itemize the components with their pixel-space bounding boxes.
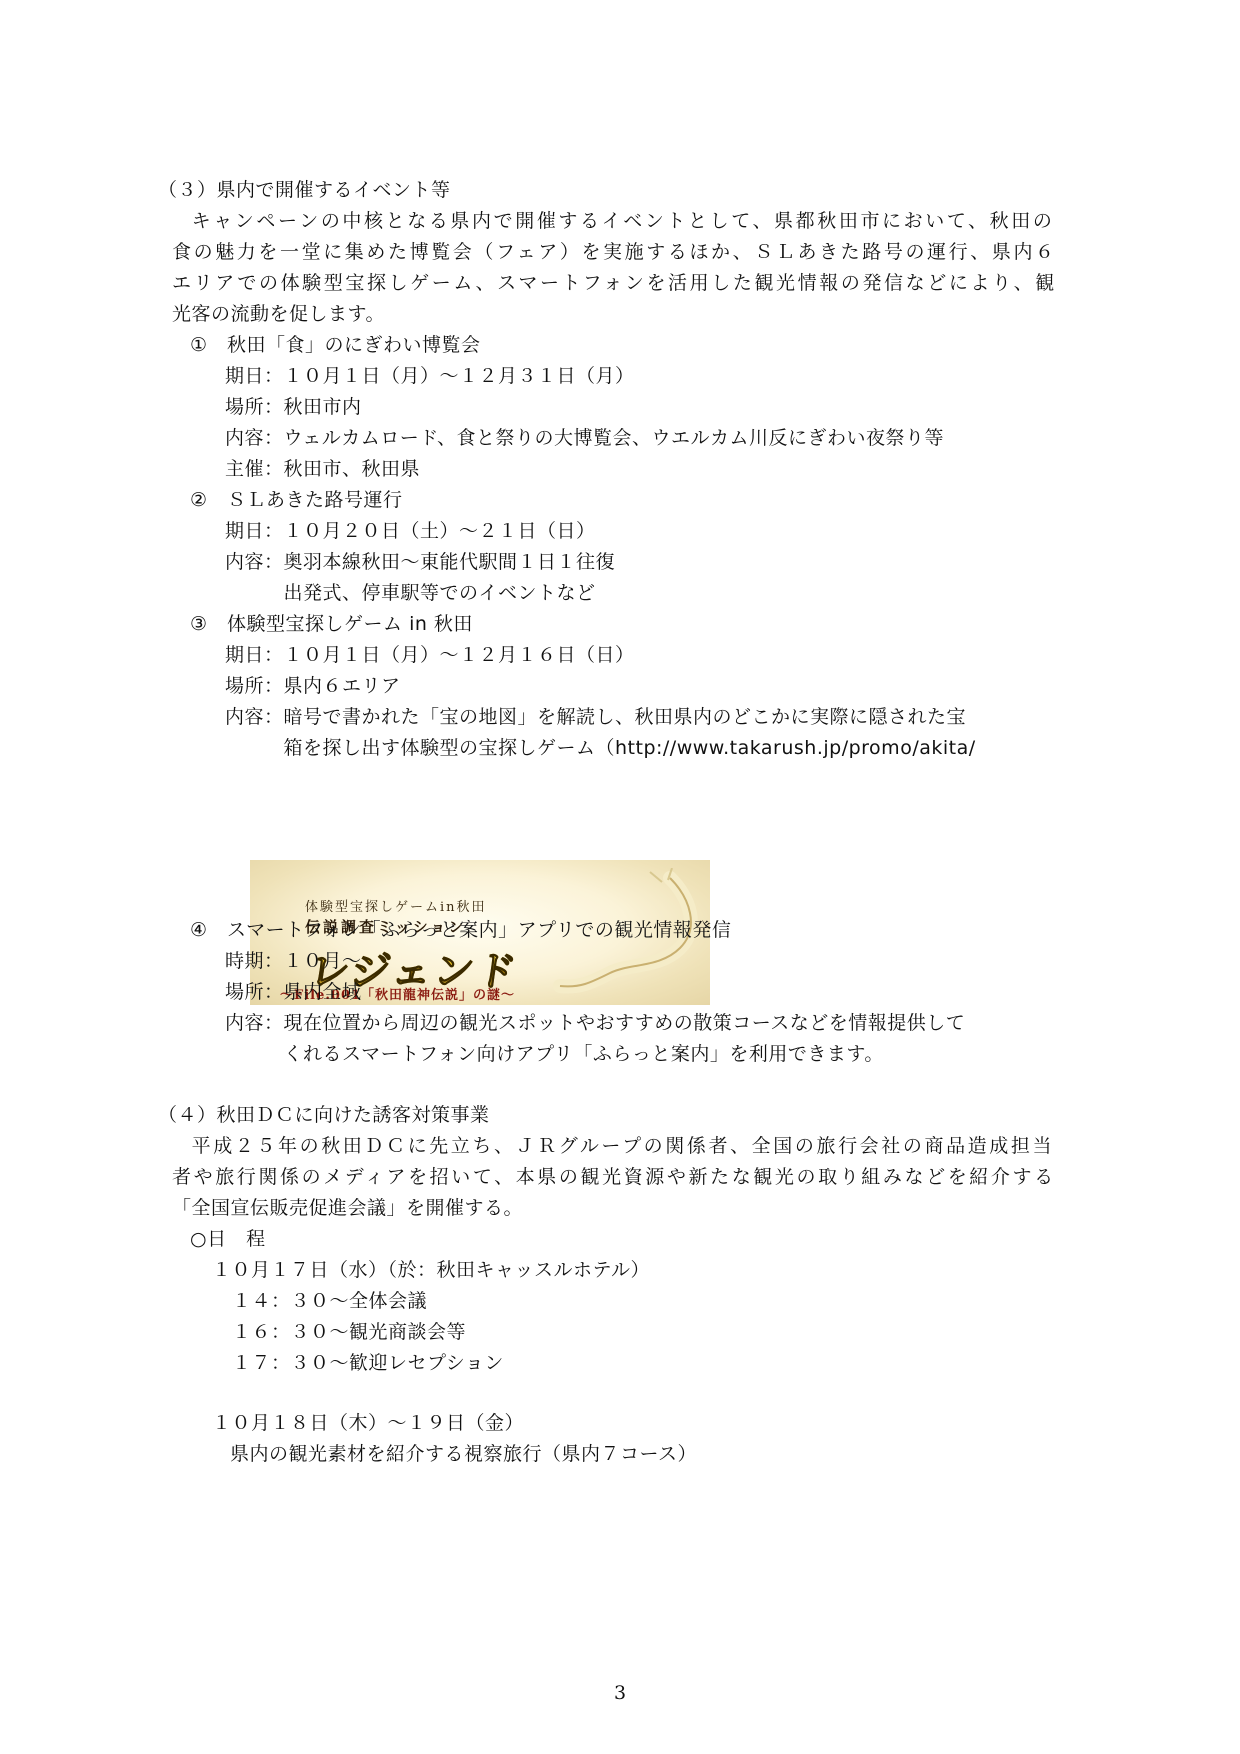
section-4-intro-line: 「全国宣伝販売促進会議」を開催する。 (172, 1195, 523, 1221)
item-1-organizer: 主催：秋田市、秋田県 (225, 456, 420, 482)
banner-subtitle-1: 体験型宝探しゲームin秋田 (305, 896, 487, 915)
item-4-place: 場所：県内全域 (225, 979, 362, 1005)
item-4-content: 内容：現在位置から周辺の観光スポットやおすすめの散策コースなどを情報提供して (225, 1010, 965, 1036)
section-4-intro-line: 者や旅行関係のメディアを招いて、本県の観光資源や新たな観光の取り組みなどを紹介す… (172, 1164, 1056, 1190)
item-1-content: 内容：ウェルカムロード、食と祭りの大博覧会、ウエルカム川反にぎわい夜祭り等 (225, 425, 944, 451)
item-3-content: 内容：暗号で書かれた「宝の地図」を解読し、秋田県内のどこかに実際に隠された宝 (225, 704, 966, 730)
section-4-heading: （４）秋田ＤＣに向けた誘客対策事業 (158, 1102, 490, 1128)
item-1-date: 期日：１０月１日（月）～１２月３１日（月） (225, 363, 635, 389)
schedule-label: ○日 程 (190, 1226, 266, 1252)
section-3-heading: （３）県内で開催するイベント等 (158, 177, 451, 203)
item-2-title: ② ＳＬあきた路号運行 (190, 487, 403, 513)
schedule-day-2-date: １０月１８日（木）～１９日（金） (212, 1410, 524, 1436)
schedule-day-1-date: １０月１７日（水）（於：秋田キャッスルホテル） (212, 1257, 650, 1283)
document-page: （３）県内で開催するイベント等 キャンペーンの中核となる県内で開催するイベントと… (0, 0, 1240, 1754)
schedule-event: １４：３０～全体会議 (232, 1288, 427, 1314)
item-2-date: 期日：１０月２０日（土）～２１日（日） (225, 518, 596, 544)
section-3-intro-line: 光客の流動を促します。 (172, 301, 385, 327)
item-4-title: ④ スマートフォン「ふらっと案内」アプリでの観光情報発信 (190, 917, 731, 943)
item-3-content-cont: 箱を探し出す体験型の宝探しゲーム（http://www.takarush.jp/… (225, 735, 976, 761)
page-number: 3 (0, 1682, 1240, 1704)
item-1-place: 場所：秋田市内 (225, 394, 362, 420)
item-1-title: ① 秋田「食」のにぎわい博覧会 (190, 332, 481, 358)
schedule-event: １７：３０～歓迎レセプション (232, 1350, 504, 1376)
schedule-event: １６：３０～観光商談会等 (232, 1319, 466, 1345)
item-2-content-cont: 出発式、停車駅等でのイベントなど (225, 580, 596, 606)
section-3-intro-line: キャンペーンの中核となる県内で開催するイベントとして、県都秋田市において、秋田の (170, 208, 1054, 234)
item-3-title: ③ 体験型宝探しゲーム in 秋田 (190, 611, 473, 637)
section-4-intro-line: 平成２５年の秋田ＤＣに先立ち、ＪＲグループの関係者、全国の旅行会社の商品造成担当 (170, 1133, 1054, 1159)
schedule-day-2-description: 県内の観光素材を紹介する視察旅行（県内７コース） (230, 1441, 697, 1467)
section-3-intro-line: 食の魅力を一堂に集めた博覧会（フェア）を実施するほか、ＳＬあきた路号の運行、県内… (172, 239, 1057, 265)
item-3-date: 期日：１０月１日（月）～１２月１６日（日） (225, 642, 635, 668)
item-3-place: 場所：県内６エリア (225, 673, 401, 699)
item-4-content-cont: くれるスマートフォン向けアプリ「ふらっと案内」を利用できます。 (225, 1041, 884, 1067)
section-3-intro-line: エリアでの体験型宝探しゲーム、スマートフォンを活用した観光情報の発信などにより、… (172, 270, 1057, 296)
item-4-period: 時期：１０月～ (225, 948, 362, 974)
item-2-content: 内容：奥羽本線秋田～東能代駅間１日１往復 (225, 549, 615, 575)
